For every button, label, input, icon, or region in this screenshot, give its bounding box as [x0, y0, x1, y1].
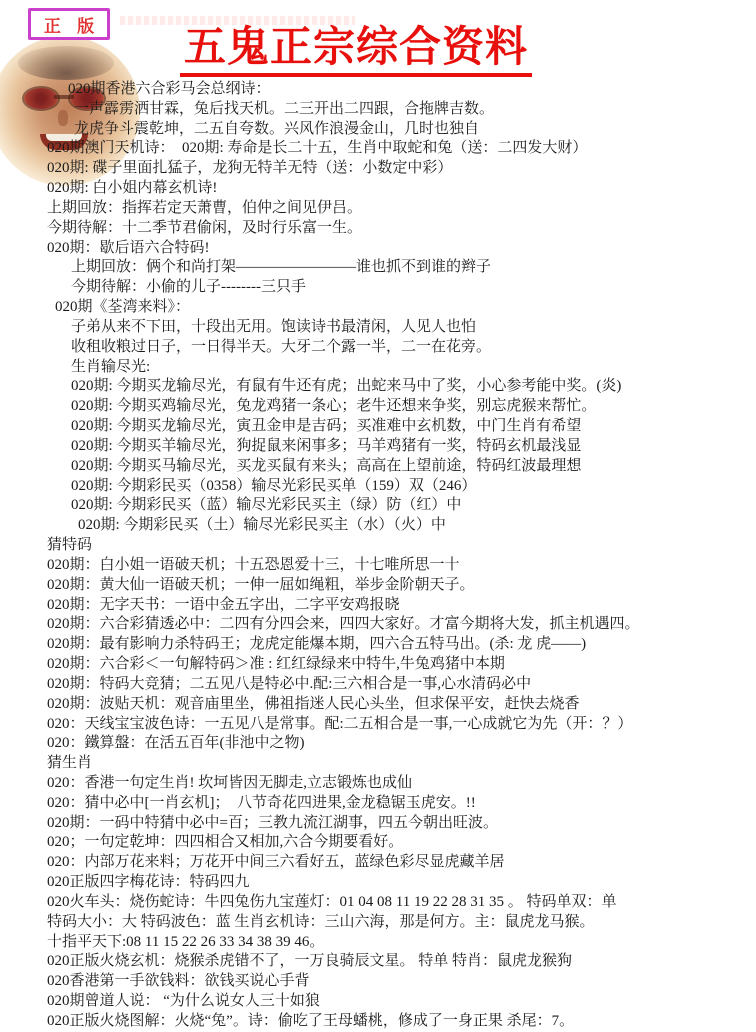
text-line: 020期澳门天机诗： 020期: 寿命是长二十五，生肖中取蛇和兔（送：二四发大财… — [0, 139, 756, 159]
portrait-hair — [18, 46, 114, 80]
text-line: 020期曾道人说： “为什么说女人三十如狼 — [0, 992, 756, 1012]
text-line: 020期：黄大仙一语破天机；一伸一屈如绳粗，举步金阶朝天子。 — [0, 576, 756, 596]
text-line: 020期：波贴天机：观音庙里坐，佛祖指迷人民心头坐，但求保平安，赶快去烧香 — [0, 695, 756, 715]
text-line: 020期: 今期买马输尽光，买龙买鼠有来头；高高在上望前途，特码红波最理想 — [0, 457, 756, 477]
text-line: 十指平天下:08 11 15 22 26 33 34 38 39 46。 — [0, 933, 756, 953]
text-line: 龙虎争斗震乾坤，二五自夸数。兴风作浪漫金山，几时也独自 — [0, 120, 756, 140]
text-line: 020期：白小姐一语破天机；十五恐恩爱十三，十七唯所思一十 — [0, 556, 756, 576]
text-line: 020香港第一手欲钱料：欲钱买说心手背 — [0, 972, 756, 992]
text-line: 020期: 今期彩民买（蓝）输尽光彩民买主（绿）防（红）中 — [0, 496, 756, 516]
text-line: 一声霹雳洒甘霖，兔后找天机。二三开出二四跟，合拖牌吉数。 — [0, 100, 756, 120]
genuine-badge: 正 版 — [28, 8, 110, 40]
text-line: 020期: 今期买鸡输尽光，兔龙鸡猪一条心；老牛还想来争奖，别忘虎猴来帮忙。 — [0, 397, 756, 417]
page-title: 五鬼正宗综合资料 — [180, 24, 532, 77]
text-line: 020期：六合彩＜一句解特码＞准 : 红红绿绿来中特牛,牛兔鸡猪中本期 — [0, 655, 756, 675]
text-line: 今期待解：小偷的儿子--------三只手 — [0, 278, 756, 298]
text-line: 020：内部万花来料；万花开中间三六看好五，蓝绿色彩尽显虎藏羊居 — [0, 853, 756, 873]
text-line: 020：猜中必中[一肖玄机]； 八节奇花四进果,金龙稳锯玉虎安。!! — [0, 794, 756, 814]
text-line: 特码大小：大 特码波色：蓝 生肖玄机诗：三山六海，那是何方。主：鼠虎龙马猴。 — [0, 913, 756, 933]
text-line: 020期香港六合彩马会总纲诗： — [0, 80, 756, 100]
text-line: 020正版四字梅花诗：特码四九 — [0, 873, 756, 893]
text-line: 猜生肖 — [0, 754, 756, 774]
lottery-info-page: 正 版 五鬼正宗综合资料 020期香港六合彩马会总纲诗：一声霹雳洒甘霖，兔后找天… — [0, 0, 756, 1032]
text-line: 020期：六合彩猜透必中：二四有分四会来，四四大家好。才富今期将大发，抓主机遇四… — [0, 615, 756, 635]
text-line: 上期回放：指挥若定天萧曹，伯仲之间见伊吕。 — [0, 199, 756, 219]
text-line: 020期: 今期买羊输尽光，狗捉鼠来闲事多；马羊鸡猪有一奖，特码玄机最浅显 — [0, 437, 756, 457]
text-line: 020期: 今期彩民买（土）输尽光彩民买主（水）（火）中 — [0, 516, 756, 536]
text-line: 收租收粮过日子，一日得半天。大牙二个露一半，二一在花旁。 — [0, 338, 756, 358]
text-line: 020期：无字天书：一语中金五字出，二字平安鸡报晓 — [0, 596, 756, 616]
text-line: 猜特码 — [0, 536, 756, 556]
text-line: 020期: 今期彩民买（0358）输尽光彩民买单（159）双（246） — [0, 477, 756, 497]
text-line: 020期：最有影响力杀特码王；龙虎定能爆本期，四六合五特马出。(杀: 龙 虎——… — [0, 635, 756, 655]
text-line: 上期回放：俩个和尚打架————————谁也抓不到谁的辫子 — [0, 258, 756, 278]
text-line: 020期《荃湾来料》： — [0, 298, 756, 318]
text-line: 020：香港一句定生肖! 坎坷皆因无脚走,立志锻炼也成仙 — [0, 774, 756, 794]
text-line: 020火车头：烧伤蛇诗：牛四兔伤九宝莲灯：01 04 08 11 19 22 2… — [0, 893, 756, 913]
text-line: 020：天线宝宝波色诗：一五见八是常事。配:二五相合是一事,一心成就它为先（开：… — [0, 715, 756, 735]
text-line: 020期: 今期买龙输尽光，有鼠有牛还有虎；出蛇来马中了奖，小心参考能中奖。(炎… — [0, 377, 756, 397]
document-lines: 020期香港六合彩马会总纲诗：一声霹雳洒甘霖，兔后找天机。二三开出二四跟，合拖牌… — [0, 80, 756, 1032]
text-line: 020期: 白小姐内幕玄机诗! — [0, 179, 756, 199]
text-line: 020期: 碟子里面扎猛子，龙狗无特羊无特（送：小数定中彩） — [0, 159, 756, 179]
text-line: 今期待解：十二季节君偷闲，及时行乐富一生。 — [0, 219, 756, 239]
text-line: 020期：一码中特猜中必中=百；三教九流江湖事，四五今朝出旺波。 — [0, 814, 756, 834]
text-line: 020正版火烧玄机：烧猴杀虎错不了，一万良骑辰文星。 特单 特肖：鼠虎龙猴狗 — [0, 952, 756, 972]
text-line: 020正版火烧图解：火烧“兔”。诗：偷吃了王母蟠桃，修成了一身正果 杀尾：7。 — [0, 1012, 756, 1032]
text-line: 020期：特码大竞猜；二五见八是特必中.配:三六相合是一事,心水清码必中 — [0, 675, 756, 695]
text-line: 020；一句定乾坤：四四相合又相加,六合今期要看好。 — [0, 833, 756, 853]
text-line: 020期：歇后语六合特码! — [0, 239, 756, 259]
text-line: 020：鐵算盤：在活五百年(非池中之物) — [0, 734, 756, 754]
text-line: 020期: 今期买龙输尽光，寅丑金申是吉码；买准难中玄机数，中门生肖有希望 — [0, 417, 756, 437]
text-line: 子弟从来不下田，十段出无用。饱读诗书最清闲，人见人也怕 — [0, 318, 756, 338]
text-line: 生肖输尽光: — [0, 358, 756, 378]
